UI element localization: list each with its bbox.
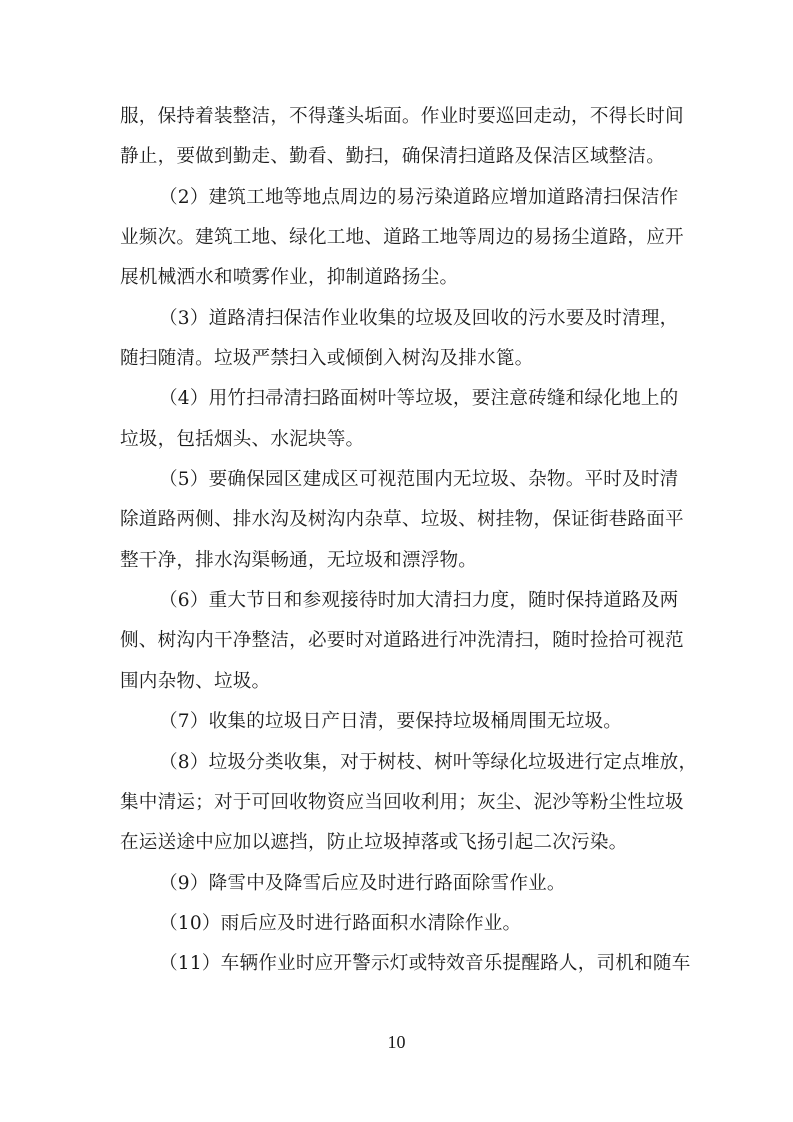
text-line: 集中清运；对于可回收物资应当回收利用；灰尘、泥沙等粉尘性垃圾 — [120, 787, 676, 827]
paragraph-item-5: （5）要确保园区建成区可视范围内无垃圾、杂物。平时及时清 — [120, 464, 676, 504]
text-line: 展机械洒水和喷雾作业，抑制道路扬尘。 — [120, 262, 676, 302]
text-line: 垃圾，包括烟头、水泥块等。 — [120, 424, 676, 464]
text-line: 除道路两侧、排水沟及树沟内杂草、垃圾、树挂物，保证街巷路面平 — [120, 504, 676, 544]
paragraph-item-7: （7）收集的垃圾日产日清，要保持垃圾桶周围无垃圾。 — [120, 706, 676, 746]
document-page: 服，保持着装整洁，不得蓬头垢面。作业时要巡回走动，不得长时间 静止，要做到勤走、… — [0, 0, 793, 1122]
text-line: 侧、树沟内干净整洁，必要时对道路进行冲洗清扫，随时捡拾可视范 — [120, 625, 676, 665]
text-line: 服，保持着装整洁，不得蓬头垢面。作业时要巡回走动，不得长时间 — [120, 101, 676, 141]
paragraph-item-11: （11）车辆作业时应开警示灯或特效音乐提醒路人，司机和随车 — [120, 948, 676, 988]
paragraph-item-6: （6）重大节日和参观接待时加大清扫力度，随时保持道路及两 — [120, 585, 676, 625]
body-text: 服，保持着装整洁，不得蓬头垢面。作业时要巡回走动，不得长时间 静止，要做到勤走、… — [120, 101, 676, 989]
paragraph-item-2: （2）建筑工地等地点周边的易污染道路应增加道路清扫保洁作 — [120, 182, 676, 222]
paragraph-item-8: （8）垃圾分类收集，对于树枝、树叶等绿化垃圾进行定点堆放， — [120, 747, 676, 787]
paragraph-item-10: （10）雨后应及时进行路面积水清除作业。 — [120, 908, 676, 948]
text-line: 在运送途中应加以遮挡，防止垃圾掉落或飞扬引起二次污染。 — [120, 827, 676, 867]
page-number: 10 — [0, 1032, 793, 1053]
text-line: 业频次。建筑工地、绿化工地、道路工地等周边的易扬尘道路，应开 — [120, 222, 676, 262]
paragraph-item-3: （3）道路清扫保洁作业收集的垃圾及回收的污水要及时清理， — [120, 303, 676, 343]
paragraph-item-9: （9）降雪中及降雪后应及时进行路面除雪作业。 — [120, 868, 676, 908]
text-line: 围内杂物、垃圾。 — [120, 666, 676, 706]
text-line: 随扫随清。垃圾严禁扫入或倾倒入树沟及排水篦。 — [120, 343, 676, 383]
paragraph-item-4: （4）用竹扫帚清扫路面树叶等垃圾，要注意砖缝和绿化地上的 — [120, 383, 676, 423]
text-line: 整干净，排水沟渠畅通，无垃圾和漂浮物。 — [120, 545, 676, 585]
text-line: 静止，要做到勤走、勤看、勤扫，确保清扫道路及保洁区域整洁。 — [120, 141, 676, 181]
